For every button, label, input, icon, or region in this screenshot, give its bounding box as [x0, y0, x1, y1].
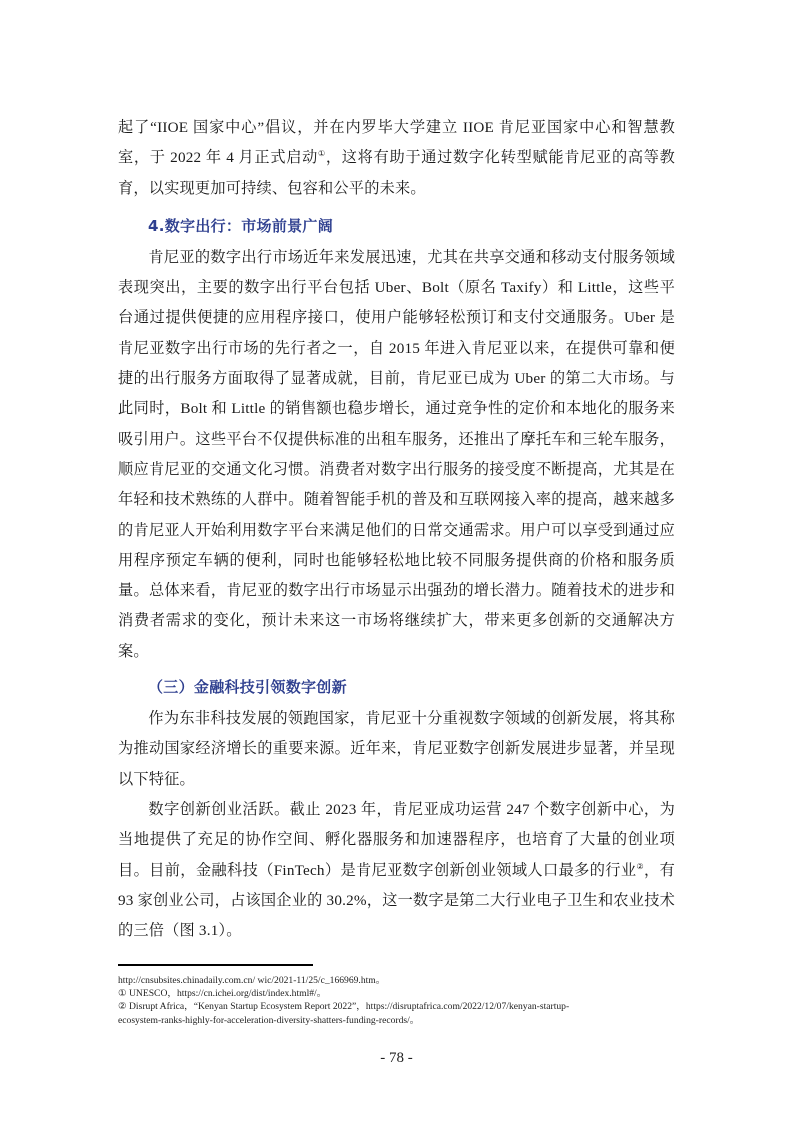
- footnotes: http://cnsubsites.chinadaily.com.cn/ wic…: [118, 974, 678, 1027]
- document-page: 起了“IIOE 国家中心”倡议，并在内罗毕大学建立 IIOE 肯尼亚国家中心和智…: [0, 0, 793, 1122]
- page-number: - 78 -: [0, 1050, 793, 1067]
- footnote-continued: http://cnsubsites.chinadaily.com.cn/ wic…: [118, 974, 678, 987]
- section-heading-fintech: （三）金融科技引领数字创新: [118, 672, 675, 702]
- paragraph-digital-mobility: 肯尼亚的数字出行市场近年来发展迅速，尤其在共享交通和移动支付服务领域表现突出，主…: [118, 243, 675, 667]
- footnote-2: ② Disrupt Africa，“Kenyan Startup Ecosyst…: [118, 1000, 678, 1013]
- main-content: 起了“IIOE 国家中心”倡议，并在内罗毕大学建立 IIOE 肯尼亚国家中心和智…: [118, 113, 675, 946]
- section-heading-digital-mobility: 4.数字出行：市场前景广阔: [118, 211, 675, 241]
- paragraph-iioe: 起了“IIOE 国家中心”倡议，并在内罗毕大学建立 IIOE 肯尼亚国家中心和智…: [118, 113, 675, 204]
- footnote-divider: [118, 964, 313, 966]
- footnote-ref-2[interactable]: ②: [636, 861, 644, 870]
- footnote-ref-1[interactable]: ①: [318, 149, 326, 158]
- paragraph-innovation-intro: 作为东非科技发展的领跑国家，肯尼亚十分重视数字领域的创新发展，将其称为推动国家经…: [118, 704, 675, 795]
- paragraph-startups: 数字创新创业活跃。截止 2023 年，肯尼亚成功运营 247 个数字创新中心，为…: [118, 795, 675, 946]
- footnote-2-continued: ecosystem-ranks-highly-for-acceleration-…: [118, 1014, 678, 1027]
- footnote-1: ① UNESCO，https://cn.ichei.org/dist/index…: [118, 987, 678, 1000]
